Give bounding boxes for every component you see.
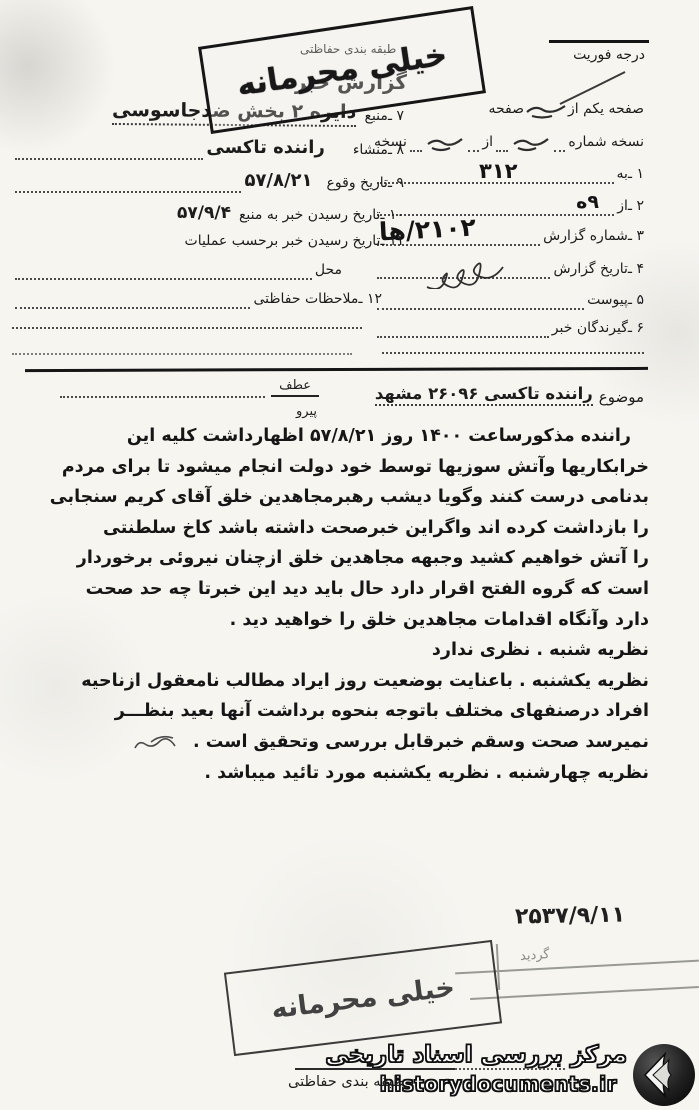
reference-peyrow-label: پیرو xyxy=(296,404,317,419)
dotted-fill-line xyxy=(12,353,352,355)
page-line-pre: صفحه یکم از xyxy=(568,101,644,119)
field-number: ۷ ـ xyxy=(388,108,404,126)
field-location: محل xyxy=(12,262,342,280)
field-origin-value: راننده تاکسی xyxy=(206,137,324,160)
footer-line xyxy=(295,1068,455,1070)
field-received-by-source-value: ۵۷/۹/۴ xyxy=(177,203,231,224)
handwritten-mark xyxy=(511,136,551,152)
bottom-secret-stamp: خیلی محرمانه xyxy=(224,940,502,1056)
field-number: ۱۲ ـ xyxy=(358,291,382,309)
faint-archival-note: گردید xyxy=(520,947,551,964)
field-label: گیرندگان خبر xyxy=(552,320,628,338)
subject-line: موضوع راننده تاکسی ۲۶۰۹۶ مشهد xyxy=(375,384,644,406)
field-received-by-source-date: ۱۰ ـ تاریخ رسیدن خبر به منبع ۵۷/۹/۴ xyxy=(12,203,404,224)
dotted-fill-line xyxy=(60,396,265,398)
field-to-value: ۳۱۲ xyxy=(479,158,517,184)
field-received-by-ops: ۱۱ ـ تاریخ رسیدن خبر برحسب عملیات xyxy=(12,233,404,251)
field-label: ملاحظات حفاظتی xyxy=(253,291,358,309)
history-documents-logo xyxy=(631,1042,697,1108)
dotted-fill-line xyxy=(382,352,644,354)
field-label: تاریخ رسیدن خبر به منبع xyxy=(239,207,380,225)
subject-value: راننده تاکسی ۲۶۰۹۶ مشهد xyxy=(375,384,593,406)
body-line-text: نمیرسد صحت وسقم خبرقابل بررسی وتحقیق است… xyxy=(193,732,649,752)
body-line: افراد درصنفهای مختلف باتوجه بنحوه برداشت… xyxy=(49,696,649,727)
field-occurrence-date: ۹ ـ تاریخ وقوع ۵۷/۸/۲۱ xyxy=(12,170,404,193)
copy-number-line: نسخه شماره از نسخه xyxy=(374,134,644,152)
body-line: خرابکاریها وآتش سوزیها توسط خود دولت انج… xyxy=(49,452,649,483)
field-attachment: ۵ ـ پیوست xyxy=(374,292,644,310)
field-label: از xyxy=(617,198,628,216)
field-number: ۱۰ ـ xyxy=(380,207,404,225)
reference-atf-label: عطف xyxy=(271,378,319,397)
field-label: تاریخ وقوع xyxy=(327,175,388,193)
field-to: ۱ ـ به ۳۱۲ xyxy=(374,166,644,184)
body-line-wednesday-opinion: نظریه چهارشنبه . نظریه یکشنبه مورد تائید… xyxy=(49,758,649,789)
field-label: محل xyxy=(315,262,342,280)
field-from-value: ۹ه xyxy=(576,191,599,215)
top-secret-stamp-text: خیلی محرمانه xyxy=(235,37,450,104)
scanned-document-page: طبقه بندی حفاظتی گزارش خبر خیلی محرمانه … xyxy=(0,0,699,1110)
field-label: تاریخ رسیدن خبر برحسب عملیات xyxy=(185,233,381,251)
signature-scribble xyxy=(419,255,509,289)
report-body: راننده مذکورساعت ۱۴۰۰ روز ۵۷/۸/۲۱ اظهارد… xyxy=(49,421,649,788)
field-report-number: ۳ ـ شماره گزارش ۲۱۰۲/ها xyxy=(374,228,644,246)
footer-dotted-line xyxy=(455,1068,565,1070)
field-number: ۱ ـ xyxy=(628,166,644,184)
field-security-remarks: ۱۲ ـ ملاحظات حفاظتی xyxy=(12,291,382,309)
body-line: دارد وآنگاه اقدامات مجاهدین خلق را خواهی… xyxy=(49,605,649,636)
archive-url: historydocuments.ir xyxy=(380,1072,617,1096)
field-label: پیوست xyxy=(587,292,628,310)
body-line: راننده مذکورساعت ۱۴۰۰ روز ۵۷/۸/۲۱ اظهارد… xyxy=(49,421,649,452)
field-label: تاریخ گزارش xyxy=(553,261,627,279)
field-number: ۹ ـ xyxy=(388,175,404,193)
urgency-label: درجه فوریت xyxy=(573,47,645,63)
copy-line-pre: نسخه شماره xyxy=(568,134,644,152)
page-line-post: صفحه xyxy=(488,101,524,119)
body-line: است که گروه الفتح اقرار دارد حال باید دی… xyxy=(49,574,649,605)
field-origin: ۸ ـ منشاء راننده تاکسی xyxy=(12,137,404,160)
copy-line-mid: از xyxy=(482,134,493,152)
body-line: را آتش خواهیم کشید وجبهه مجاهدین خلق ازچ… xyxy=(49,543,649,574)
field-number: ۱۱ ـ xyxy=(380,233,404,251)
field-report-date: ۴ ـ تاریخ گزارش xyxy=(374,261,644,279)
field-label: شماره گزارش xyxy=(543,228,628,246)
body-line: نمیرسد صحت وسقم خبرقابل بررسی وتحقیق است… xyxy=(49,727,649,758)
field-from: ۲ ـ از ۹ه xyxy=(374,198,644,216)
field-label: منشاء xyxy=(353,142,388,160)
dotted-fill-line xyxy=(12,327,362,329)
section-divider xyxy=(25,367,648,372)
body-line-sunday-opinion: نظریه یکشنبه . باعنایت بوضعیت روز ایراد … xyxy=(49,666,649,697)
handwritten-mark xyxy=(524,103,568,119)
handwritten-mark xyxy=(425,136,465,152)
faint-line xyxy=(470,986,699,999)
footer-classification-label: طبقه بندی حفاظتی xyxy=(288,1074,404,1090)
field-label: به xyxy=(617,166,628,184)
handwritten-scribble xyxy=(133,732,179,752)
field-number: ۶ ـ xyxy=(628,320,644,338)
subject-label: موضوع xyxy=(599,388,644,406)
urgency-overline xyxy=(549,40,649,43)
handwritten-date: ۲۵۳۷/۹/۱۱ xyxy=(515,902,680,930)
field-number: ۴ ـ xyxy=(628,261,644,279)
field-number: ۳ ـ xyxy=(628,228,644,246)
field-label: منبع xyxy=(365,108,388,126)
field-occurrence-date-value: ۵۷/۸/۲۱ xyxy=(244,170,312,193)
body-line-saturday-opinion: نظریه شنبه . نظری ندارد xyxy=(49,635,649,666)
body-line: بدنامی درست کنند وگویا دیشب رهبرمجاهدین … xyxy=(49,482,649,513)
field-number: ۵ ـ xyxy=(628,292,644,310)
field-recipients: ۶ ـ گیرندگان خبر xyxy=(374,320,644,338)
field-number: ۸ ـ xyxy=(388,142,404,160)
archive-name: مرکز بررسی اسناد تاریخی xyxy=(325,1042,627,1068)
body-line: را بازداشت کرده اند واگراین خبرصحت داشته… xyxy=(49,513,649,544)
field-number: ۲ ـ xyxy=(628,198,644,216)
bottom-secret-stamp-text: خیلی محرمانه xyxy=(270,971,457,1024)
